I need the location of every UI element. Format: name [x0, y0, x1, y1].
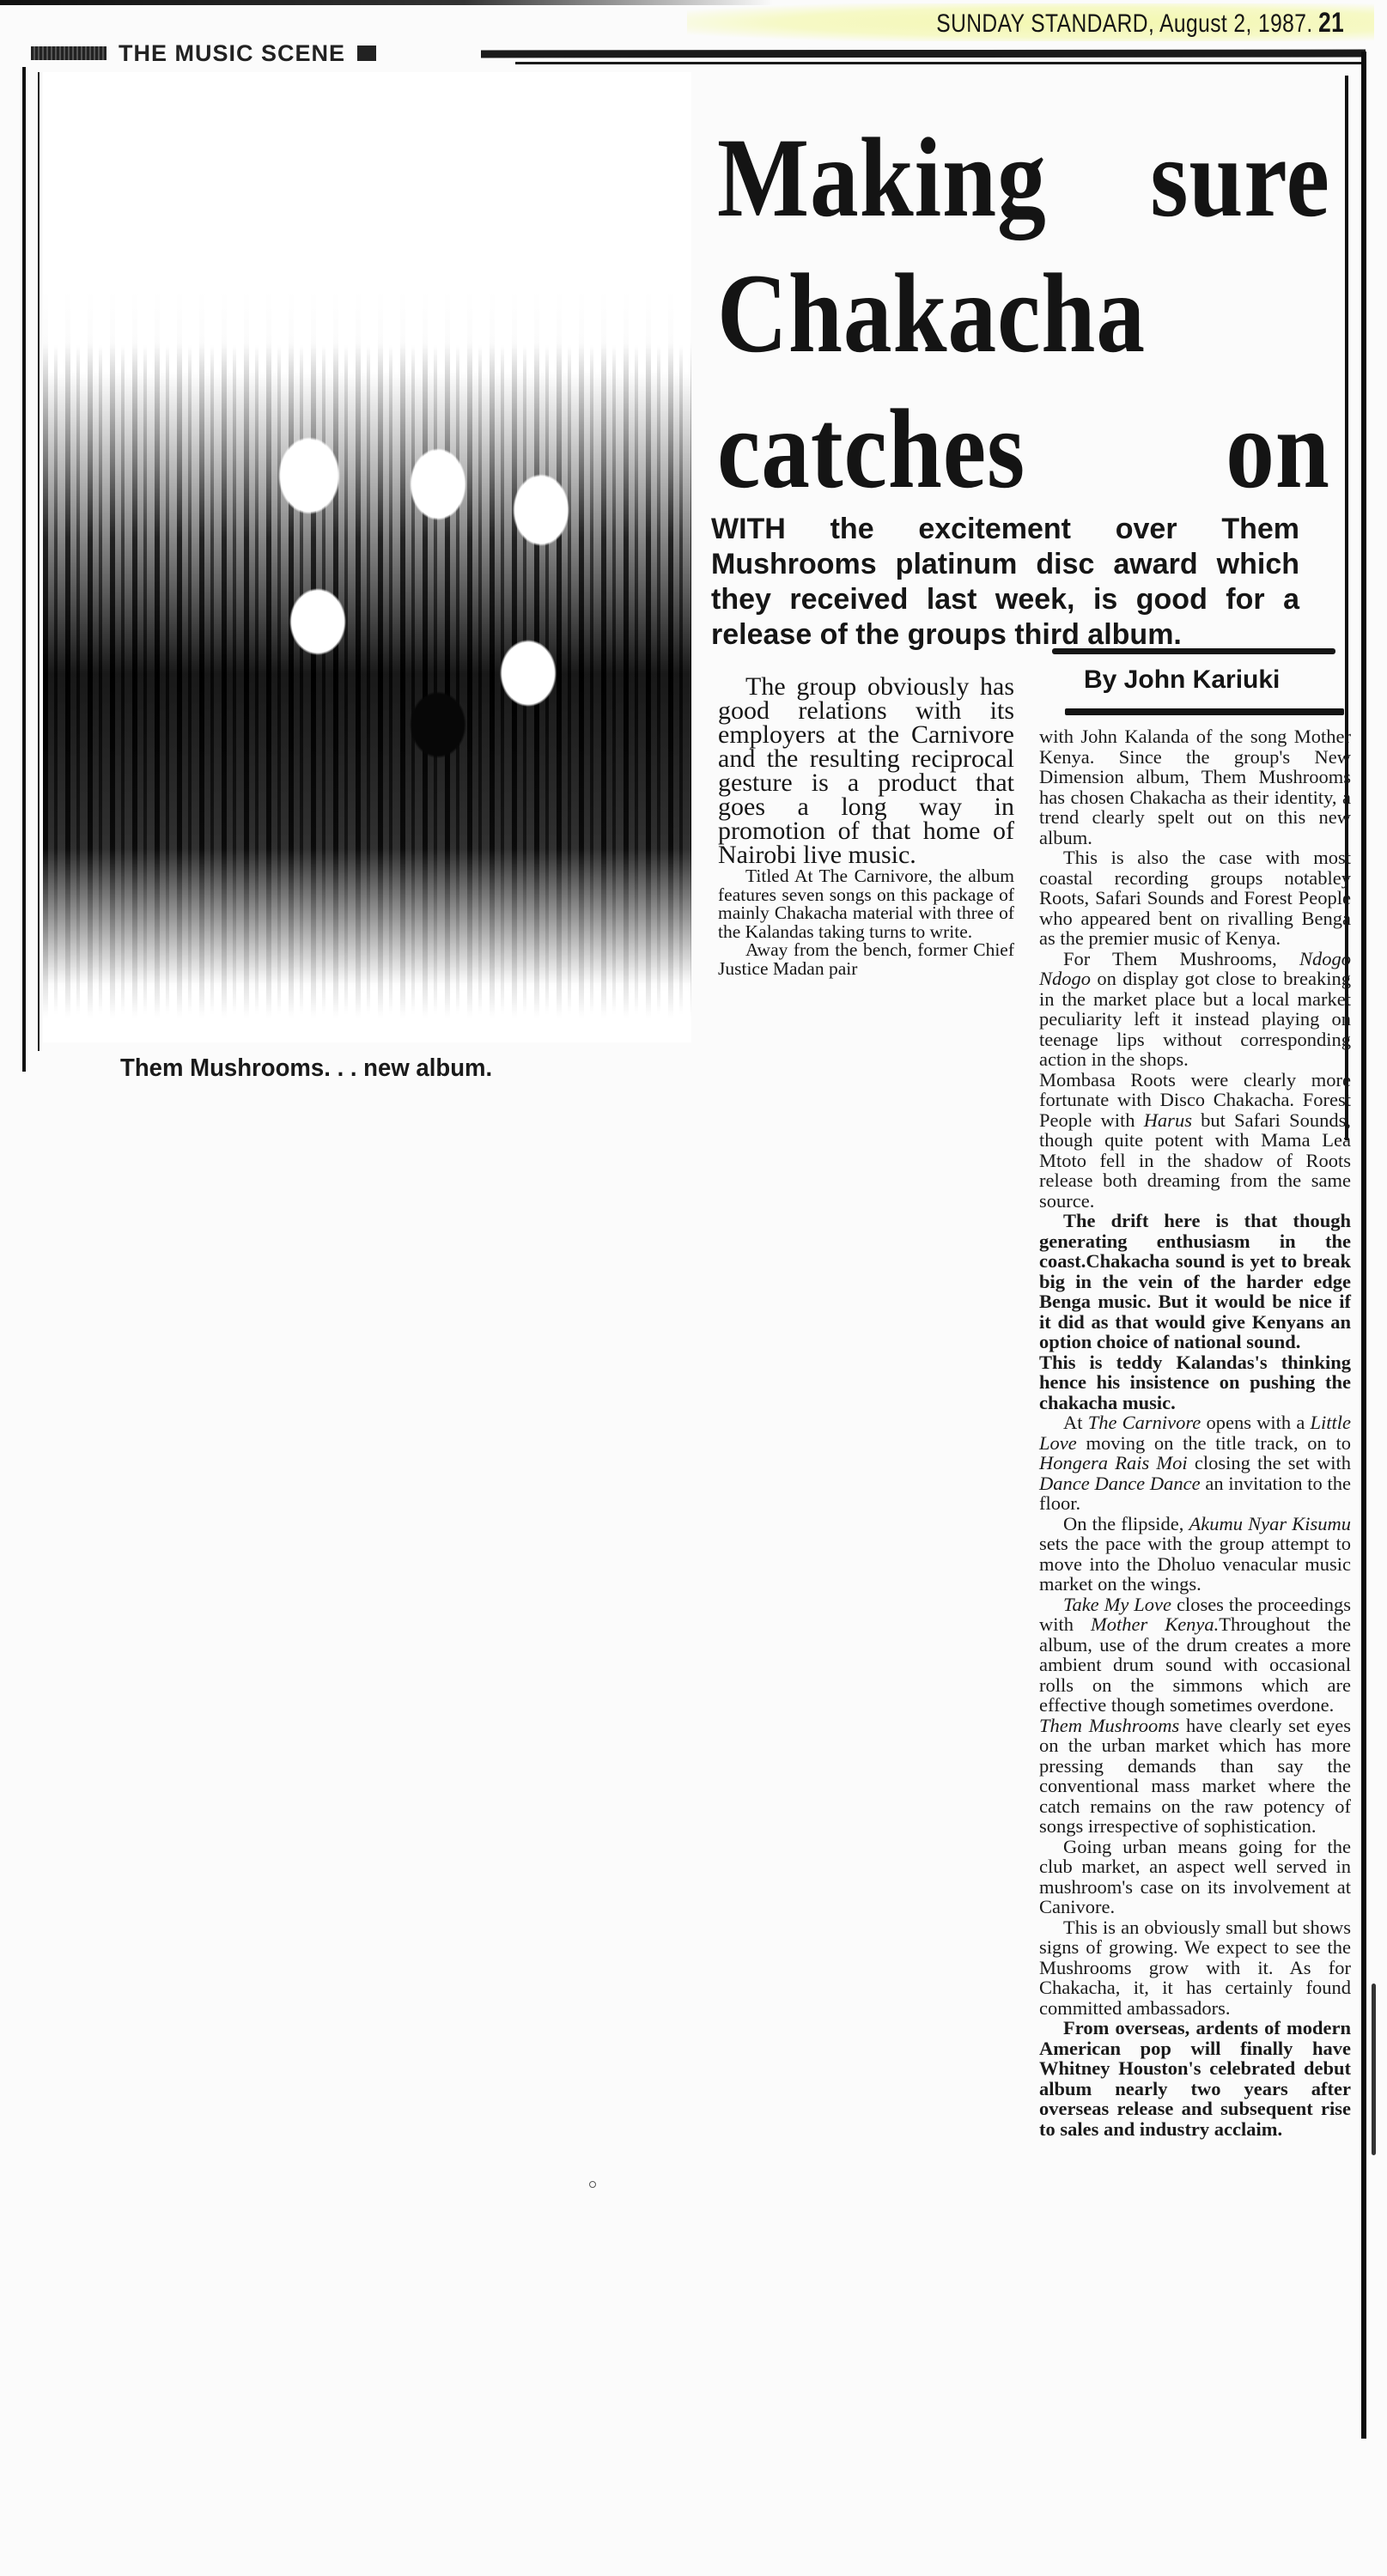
body-paragraph: The group obviously has good relations w…	[718, 675, 1014, 867]
song-title: Take My Love	[1063, 1594, 1171, 1615]
headline: Making sure Chakacha catches on	[717, 110, 1249, 517]
text-run: opens with a	[1201, 1412, 1310, 1433]
headline-line-2: Chakacha	[717, 246, 1330, 381]
band-photo	[43, 72, 691, 1042]
byline-rule-top	[1052, 648, 1335, 654]
band-name: Them Mushrooms	[1039, 1715, 1179, 1736]
left-border-rule-inner	[38, 72, 40, 1051]
right-border-rule-lower	[1372, 1984, 1376, 2155]
article-column-2: with John Kalanda of the song Mother Ken…	[1039, 726, 1351, 2139]
body-paragraph: Away from the bench, former Chief Justic…	[718, 941, 1014, 978]
byline: By John Kariuki	[1084, 665, 1280, 695]
song-title: Akumu Nyar Kisumu	[1189, 1513, 1352, 1534]
standfirst: WITH the excitement over Them Mushrooms …	[711, 512, 1299, 653]
article-column-1: The group obviously has good relations w…	[718, 675, 1014, 978]
body-paragraph: Going urban means going for the club mar…	[1039, 1837, 1351, 1917]
publication-date: SUNDAY STANDARD, August 2, 1987.	[936, 9, 1312, 38]
section-ornament-left	[31, 46, 106, 60]
body-paragraph: This is an obviously small but shows sig…	[1039, 1917, 1351, 2019]
body-paragraph: At The Carnivore opens with a Little Lov…	[1039, 1413, 1351, 1514]
header-rule-thin	[515, 62, 1361, 64]
photo-caption: Them Mushrooms. . . new album.	[120, 1054, 492, 1083]
headline-line-1: Making sure	[717, 110, 1330, 246]
text-run: For Them Mushrooms,	[1063, 948, 1299, 969]
song-title: Dance Dance Dance	[1039, 1473, 1201, 1494]
byline-rule-bottom	[1065, 708, 1344, 715]
text-run: closing the set with	[1188, 1452, 1351, 1473]
body-paragraph: with John Kalanda of the song Mother Ken…	[1039, 726, 1351, 848]
album-title: The Carnivore	[1088, 1412, 1201, 1433]
body-paragraph: On the flipside, Akumu Nyar Kisumu sets …	[1039, 1514, 1351, 1595]
body-paragraph: From overseas, ardents of modern America…	[1039, 2018, 1351, 2139]
section-ornament-right	[357, 46, 376, 61]
right-border-rule	[1361, 52, 1366, 2439]
masthead-top-rule	[0, 0, 773, 5]
headline-line-3: catches on	[717, 381, 1330, 517]
section-header: THE MUSIC SCENE	[31, 41, 376, 65]
body-paragraph: The drift here is that though generating…	[1039, 1211, 1351, 1352]
print-speck	[589, 2181, 596, 2188]
body-paragraph: This is teddy Kalandas's thinking hence …	[1039, 1352, 1351, 1413]
body-paragraph: This is also the case with most coastal …	[1039, 848, 1351, 949]
section-title: THE MUSIC SCENE	[119, 40, 345, 67]
page-number: 21	[1318, 7, 1344, 38]
song-title: Harus	[1144, 1109, 1192, 1131]
song-title: Hongera Rais Moi	[1039, 1452, 1188, 1473]
song-title: Mother Kenya.	[1091, 1613, 1219, 1635]
header-rule-thick	[481, 50, 1366, 58]
body-paragraph: Take My Love closes the proceedings with…	[1039, 1595, 1351, 1716]
body-paragraph: Titled At The Carnivore, the album featu…	[718, 867, 1014, 941]
text-run: sets the pace with the group attempt to …	[1039, 1533, 1351, 1595]
body-paragraph: Mombasa Roots were clearly more fortunat…	[1039, 1070, 1351, 1212]
text-run: At	[1063, 1412, 1088, 1433]
left-border-rule	[22, 67, 26, 1072]
text-run: moving on the title track, on to	[1077, 1432, 1351, 1454]
body-paragraph: Them Mushrooms have clearly set eyes on …	[1039, 1716, 1351, 1837]
publication-line: SUNDAY STANDARD, August 2, 1987.21	[936, 7, 1344, 39]
body-paragraph: For Them Mushrooms, Ndogo Ndogo on displ…	[1039, 949, 1351, 1070]
text-run: On the flipside,	[1063, 1513, 1189, 1534]
